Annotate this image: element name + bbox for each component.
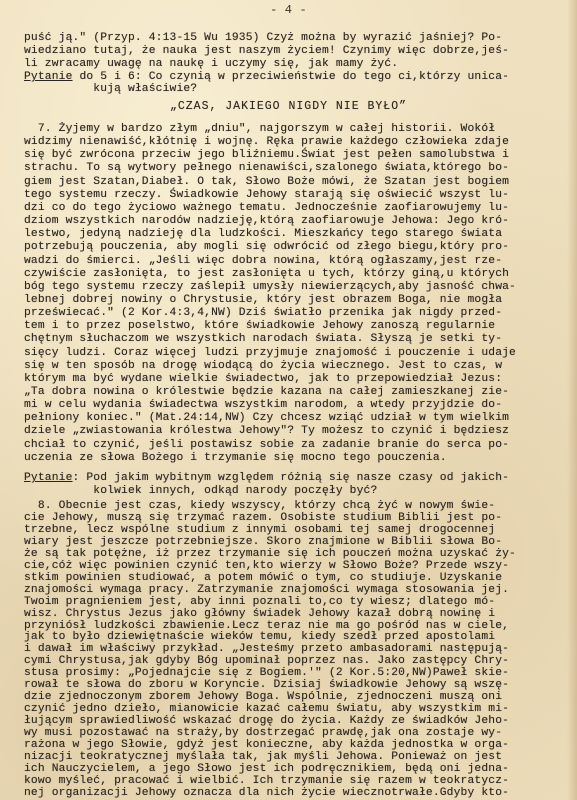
text-line: uczenia ze słowa Bożego i trzymanie się …	[24, 452, 447, 465]
text-line: puść ją." (Przyp. 4:13-15 Wu 1935) Czyż …	[24, 32, 502, 45]
text-line: tem i to przez poselstwo, które świadkow…	[24, 320, 495, 333]
text-line: sięcy ludzi. Coraz więcej ludzi przyjmuj…	[24, 347, 516, 360]
question-label: Pytanie	[24, 71, 73, 83]
question-label: Pytanie	[24, 472, 73, 484]
text-line: się w ten sposób na drogę wiodącą do życ…	[24, 360, 502, 373]
text-line: tego systemu rzeczy. Świadkowie Jehowy s…	[24, 189, 509, 202]
text-line: li zwracamy uwagę na naukę i uczymy się,…	[24, 58, 398, 71]
text-line: chciał to czynić, jeśli postawisz sobie …	[24, 439, 509, 452]
typewritten-page: - 4 - puść ją." (Przyp. 4:13-15 Wu 1935)…	[0, 0, 577, 800]
text-line: lestwo, jedyną nadzieję dla ludzkości. M…	[24, 228, 502, 241]
text-line: wiedziano tutaj, że nauka jest naszym ży…	[24, 45, 509, 58]
question-text-line-1: : Pod jakim wybitnym względem różnią się…	[73, 472, 510, 484]
text-line: „Ta dobra nowina o królestwie będzie kaz…	[24, 386, 509, 399]
text-line: potrzebują pouczenia, aby mogli się odwr…	[24, 241, 509, 254]
paper-edge-stain	[567, 0, 577, 800]
page-number: - 4 -	[0, 3, 577, 17]
text-line: się być zwrócona przeciw jego bliźniemu.…	[24, 149, 509, 162]
text-line: czywiście zasłonięta, to jest zasłonięta…	[24, 268, 509, 281]
text-line: giem jest Szatan,Diabeł. O tak, Słowo Bo…	[24, 176, 509, 189]
text-line: przeświecać." (2 Kor.4:3,4,NW) Dziś świa…	[24, 307, 502, 320]
question-7: Pytanie: Pod jakim wybitnym względem róż…	[24, 472, 509, 485]
question-5-6-continued: kują właściwie?	[24, 83, 197, 96]
text-line: widzimy nienawiść,kłótnię i wojnę. Ręka …	[24, 136, 509, 149]
text-line: bóg tego systemu rzeczy zaślepił umysły …	[24, 281, 516, 294]
text-line: wadzi do śmierci. „Jeśli więc dobra nowi…	[24, 255, 502, 268]
question-7-continued: kolwiek innych, odkąd narody poczęły być…	[24, 485, 377, 498]
text-line: którym ma być wydane wielkie świadectwo,…	[24, 373, 502, 386]
text-line: mi w celu wydania świadectwa wszystkim n…	[24, 399, 502, 412]
text-line: dzi co do tego życiowo ważnego tematu. J…	[24, 202, 509, 215]
text-line: dziele „zwiastowania królestwa Jehowy"? …	[24, 425, 509, 438]
text-line: 7. Żyjemy w bardzo złym „dniu", najgorsz…	[24, 123, 495, 136]
text-line: lebnej dobrej nowiny o Chrystusie, który…	[24, 294, 502, 307]
text-line: strachu. To są wytwory pełnego nienawiśc…	[24, 162, 509, 175]
section-title: „CZAS, JAKIEGO NIGDY NIE BYŁO”	[0, 100, 577, 113]
text-line: pełniony koniec." (Mat.24:14,NW) Czy chc…	[24, 412, 509, 425]
question-text-line-1: do 5 i 6: Co czynią w przeciwieństwie do…	[73, 71, 510, 83]
text-line: dziom wszystkich narodów nadzieję,którą …	[24, 215, 509, 228]
text-line: chętnym słuchaczom we wszystkich narodac…	[24, 333, 502, 346]
text-line: nej organizacji Jehowy oznacza dla nich …	[24, 787, 509, 800]
